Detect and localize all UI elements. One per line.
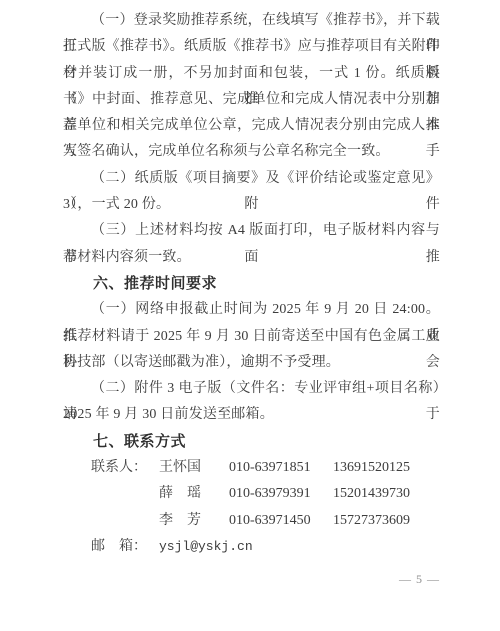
- doc-line: （三）上述材料均按 A4 版面打印，电子版材料内容与书面推: [63, 218, 440, 244]
- doc-line: 合并装订成一册，不另加封面和包装，一式 1 份。纸质版《推荐: [63, 61, 440, 87]
- contact-phone: 010-63979391: [229, 481, 321, 507]
- contact-mobile: 13691520125: [333, 455, 440, 481]
- doc-line: 推荐材料请于 2025 年 9 月 30 日前寄送至中国有色金属工业协会: [63, 324, 440, 350]
- contact-name: 王怀国: [159, 455, 217, 481]
- doc-line: （一）网络申报截止时间为 2025 年 9 月 20 日 24:00。纸质: [63, 297, 440, 323]
- contact-name: 薛 瑶: [159, 481, 217, 507]
- document-body: （一）登录奖励推荐系统，在线填写《推荐书》，并下载打印 正式版《推荐书》。纸质版…: [63, 8, 440, 560]
- doc-line: 写签名确认，完成单位名称须与公章名称完全一致。: [63, 139, 440, 165]
- contact-label: 联系人：: [91, 455, 147, 481]
- section-heading-seven: 七、联系方式: [63, 429, 440, 455]
- doc-line: 正式版《推荐书》。纸质版《推荐书》应与推荐项目有关附件材料: [63, 34, 440, 60]
- contact-phone: 010-63971450: [229, 508, 321, 534]
- contact-row: 联系人： 王怀国 010-63971851 13691520125: [63, 455, 440, 481]
- section-heading-six: 六、推荐时间要求: [63, 271, 440, 297]
- contact-phone: 010-63971851: [229, 455, 321, 481]
- email-address: ysjl@yskj.cn: [159, 534, 440, 560]
- contact-mobile: 15727373609: [333, 508, 440, 534]
- contact-name: 李 芳: [159, 508, 217, 534]
- contact-label: [91, 481, 147, 507]
- page-number: — 5 —: [399, 572, 440, 587]
- contact-row-email: 邮 箱： ysjl@yskj.cn: [63, 534, 440, 560]
- contact-mobile: 15201439730: [333, 481, 440, 507]
- doc-line: （二）附件 3 电子版（文件名：专业评审组+项目名称）请于: [63, 376, 440, 402]
- doc-line: （一）登录奖励推荐系统，在线填写《推荐书》，并下载打印: [63, 8, 440, 34]
- doc-line: 书》中封面、推荐意见、完成单位和完成人情况表中分别加盖推: [63, 87, 440, 113]
- contact-label: [91, 508, 147, 534]
- document-page: （一）登录奖励推荐系统，在线填写《推荐书》，并下载打印 正式版《推荐书》。纸质版…: [0, 0, 500, 631]
- contact-row: 薛 瑶 010-63979391 15201439730: [63, 481, 440, 507]
- doc-line: （二）纸质版《项目摘要》及《评价结论或鉴定意见》（附件: [63, 166, 440, 192]
- email-label: 邮 箱：: [91, 534, 147, 560]
- doc-line: 荐单位和相关完成单位公章，完成人情况表分别由完成人本人手: [63, 113, 440, 139]
- contact-row: 李 芳 010-63971450 15727373609: [63, 508, 440, 534]
